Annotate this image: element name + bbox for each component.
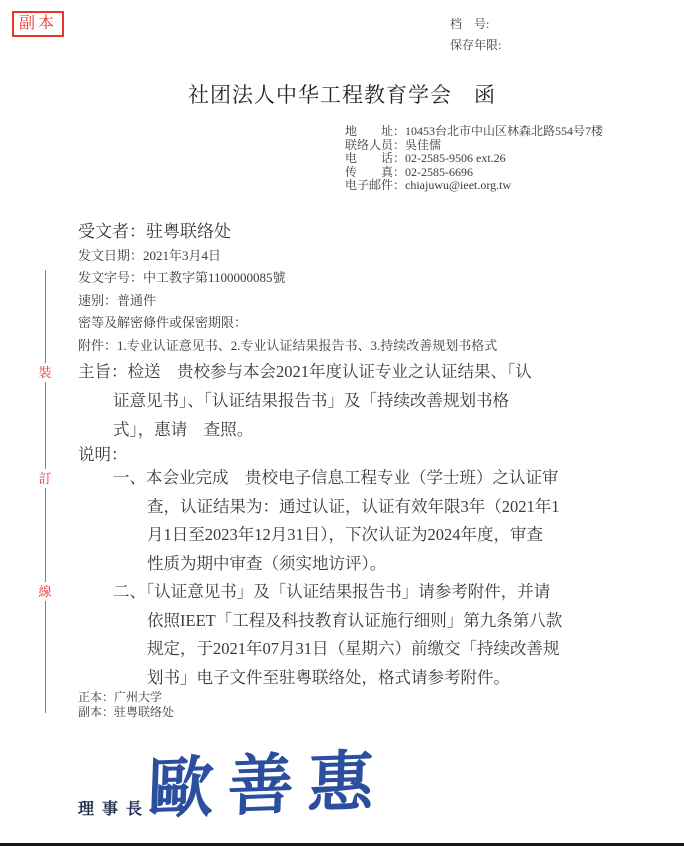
duplicate-value: 驻粤联络处 [114,705,174,719]
issue-date-label: 发文日期： [78,248,143,263]
priority-value: 普通件 [117,293,156,308]
issue-date-line: 发文日期：2021年3月4日 [78,245,497,267]
phone-label: 电 话： [345,151,405,165]
contact-address-line: 地 址：10453台北市中山区林森北路554号7楼 [345,125,603,139]
security-line: 密等及解密條件或保密期限： [78,312,497,334]
original-value: 广州大学 [114,690,162,704]
priority-label: 速别： [78,293,117,308]
subject-line: 主旨：检送 贵校参与本会2021年度认证专业之认证结果、「认 [78,357,532,386]
contact-block: 地 址：10453台北市中山区林森北路554号7楼 联络人员：吳佳儒 电 话：0… [345,125,603,193]
recipient-value: 驻粤联络处 [146,222,231,241]
fax-label: 传 真： [345,165,405,179]
binding-line [45,270,46,713]
subject-paragraph: 主旨：检送 贵校参与本会2021年度认证专业之认证结果、「认 证意见书」、「认证… [78,357,532,444]
attachments-line: 附件：1.专业认证意见书、2.专业认证结果报告书、3.持续改善规划书格式 [78,335,497,357]
item-line: 性质为期中审查（须实地访评）。 [147,550,560,579]
contact-email-line: 电子邮件：chiajuwu@ieet.org.tw [345,179,603,193]
attachments-label: 附件： [78,338,117,353]
priority-line: 速别：普通件 [78,290,497,312]
original-copy-line: 正本：广州大学 [78,690,174,705]
attachments-value: 1.专业认证意见书、2.专业认证结果报告书、3.持续改善规划书格式 [117,338,497,353]
subject-line: 式」，惠请 查照。 [113,415,532,444]
subject-line: 证意见书」、「认证结果报告书」及「持续改善规划书格 [113,386,532,415]
distribution-block: 正本：广州大学 副本：驻粤联络处 [78,690,174,719]
person-value: 吳佳儒 [405,138,441,152]
item-line: 月1日至2023年12月31日），下次认证为2024年度，审查 [147,521,560,550]
item-line: 二、「认证意见书」及「认证结果报告书」请参考附件，并请 [113,578,562,607]
duplicate-copy-line: 副本：驻粤联络处 [78,705,174,720]
chairman-title: 理事長 [78,796,150,819]
archive-header: 档 号: 保存年限: [450,14,501,56]
letter-page: 副本 档 号: 保存年限: 社团法人中华工程教育学会 函 地 址：10453台北… [0,0,684,848]
item-line: 划书」电子文件至驻粤联络处，格式请参考附件。 [147,664,562,693]
binding-char-ding: 訂 [38,469,51,488]
explanation-item-1: 一、本会业完成 贵校电子信息工程专业（学士班）之认证审 查，认证结果为：通过认证… [113,464,560,578]
chairman-signature: 歐善惠 [146,728,389,832]
original-label: 正本： [78,690,114,704]
email-value: chiajuwu@ieet.org.tw [405,178,511,192]
contact-phone-line: 电 话：02-2585-9506 ext.26 [345,152,603,166]
item-line: 规定，于2021年07月31日（星期六）前缴交「持续改善规 [147,635,562,664]
person-label: 联络人员： [345,138,405,152]
meta-block: 发文日期：2021年3月4日 发文字号：中工教字第1100000085號 速别：… [78,245,497,357]
retention-period-label: 保存年限: [450,35,501,56]
binding-char-zhuang: 裝 [38,363,51,382]
item-line: 依照IEET「工程及科技教育认证施行细则」第九条第八款 [147,607,562,636]
security-label: 密等及解密條件或保密期限： [78,315,247,330]
recipient-label: 受文者： [78,222,146,241]
binding-char-xian: 線 [38,582,51,601]
explanation-item-2: 二、「认证意见书」及「认证结果报告书」请参考附件，并请 依照IEET「工程及科技… [113,578,562,692]
address-value: 10453台北市中山区林森北路554号7楼 [405,124,603,138]
duplicate-label: 副本： [78,705,114,719]
phone-value: 02-2585-9506 ext.26 [405,151,506,165]
fax-value: 02-2585-6696 [405,165,473,179]
reference-number-label: 发文字号： [78,270,143,285]
document-title: 社团法人中华工程教育学会 函 [0,79,684,109]
item-line: 一、本会业完成 贵校电子信息工程专业（学士班）之认证审 [113,464,560,493]
issue-date-value: 2021年3月4日 [143,248,221,263]
item-line: 查，认证结果为：通过认证，认证有效年限3年（2021年1 [147,493,560,522]
email-label: 电子邮件： [345,178,405,192]
reference-number-line: 发文字号：中工教字第1100000085號 [78,267,497,289]
recipient-line: 受文者：驻粤联络处 [78,217,231,242]
copy-stamp: 副本 [12,11,64,37]
address-label: 地 址： [345,124,405,138]
page-bottom-rule [0,843,684,846]
archive-number-label: 档 号: [450,14,501,35]
reference-number-value: 中工教字第1100000085號 [143,270,286,285]
